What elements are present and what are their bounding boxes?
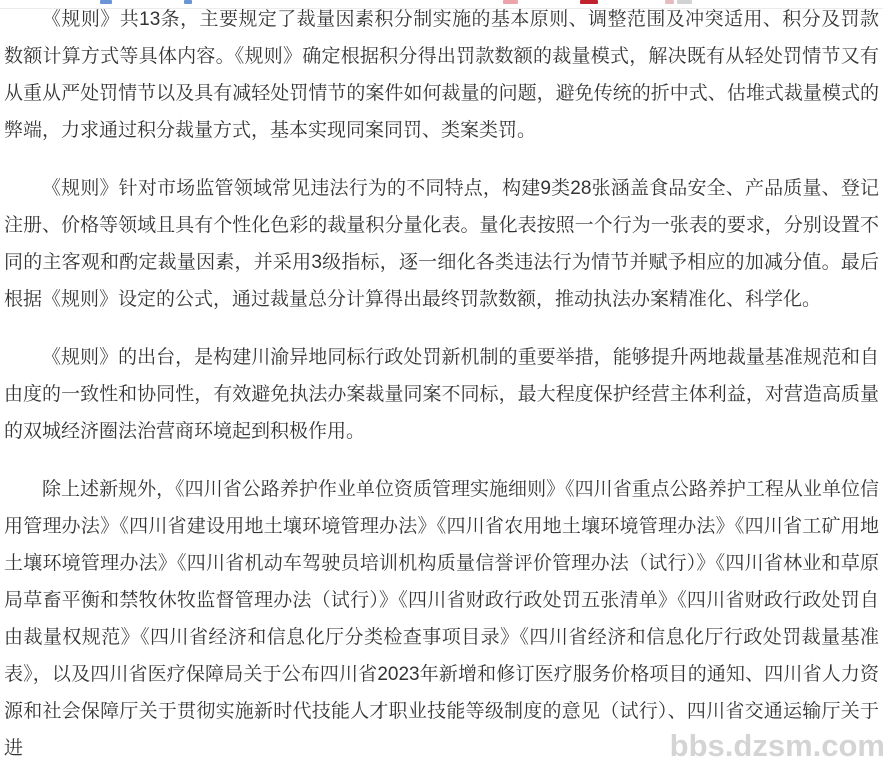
clipped-text-fragment <box>184 0 192 4</box>
clipped-text-fragment <box>665 0 674 4</box>
clipped-text-fragment <box>677 0 692 4</box>
clipped-text-fragment <box>503 0 518 4</box>
paragraph: 除上述新规外，《四川省公路养护作业单位资质管理实施细则》《四川省重点公路养护工程… <box>4 471 879 766</box>
article-body: 《规则》共13条，主要规定了裁量因素积分制实施的基本原则、调整范围及冲突适用、积… <box>0 0 883 766</box>
clipped-text-fragment <box>580 0 598 4</box>
paragraph: 《规则》共13条，主要规定了裁量因素积分制实施的基本原则、调整范围及冲突适用、积… <box>4 1 879 149</box>
article-page: 《规则》共13条，主要规定了裁量因素积分制实施的基本原则、调整范围及冲突适用、积… <box>0 0 883 766</box>
clipped-previous-line <box>0 0 883 5</box>
paragraph: 《规则》的出台，是构建川渝异地同标行政处罚新机制的重要举措，能够提升两地裁量基准… <box>4 339 879 450</box>
clipped-text-fragment <box>100 0 112 4</box>
paragraph: 《规则》针对市场监管领域常见违法行为的不同特点，构建9类28张涵盖食品安全、产品… <box>4 170 879 318</box>
divider <box>0 8 883 9</box>
